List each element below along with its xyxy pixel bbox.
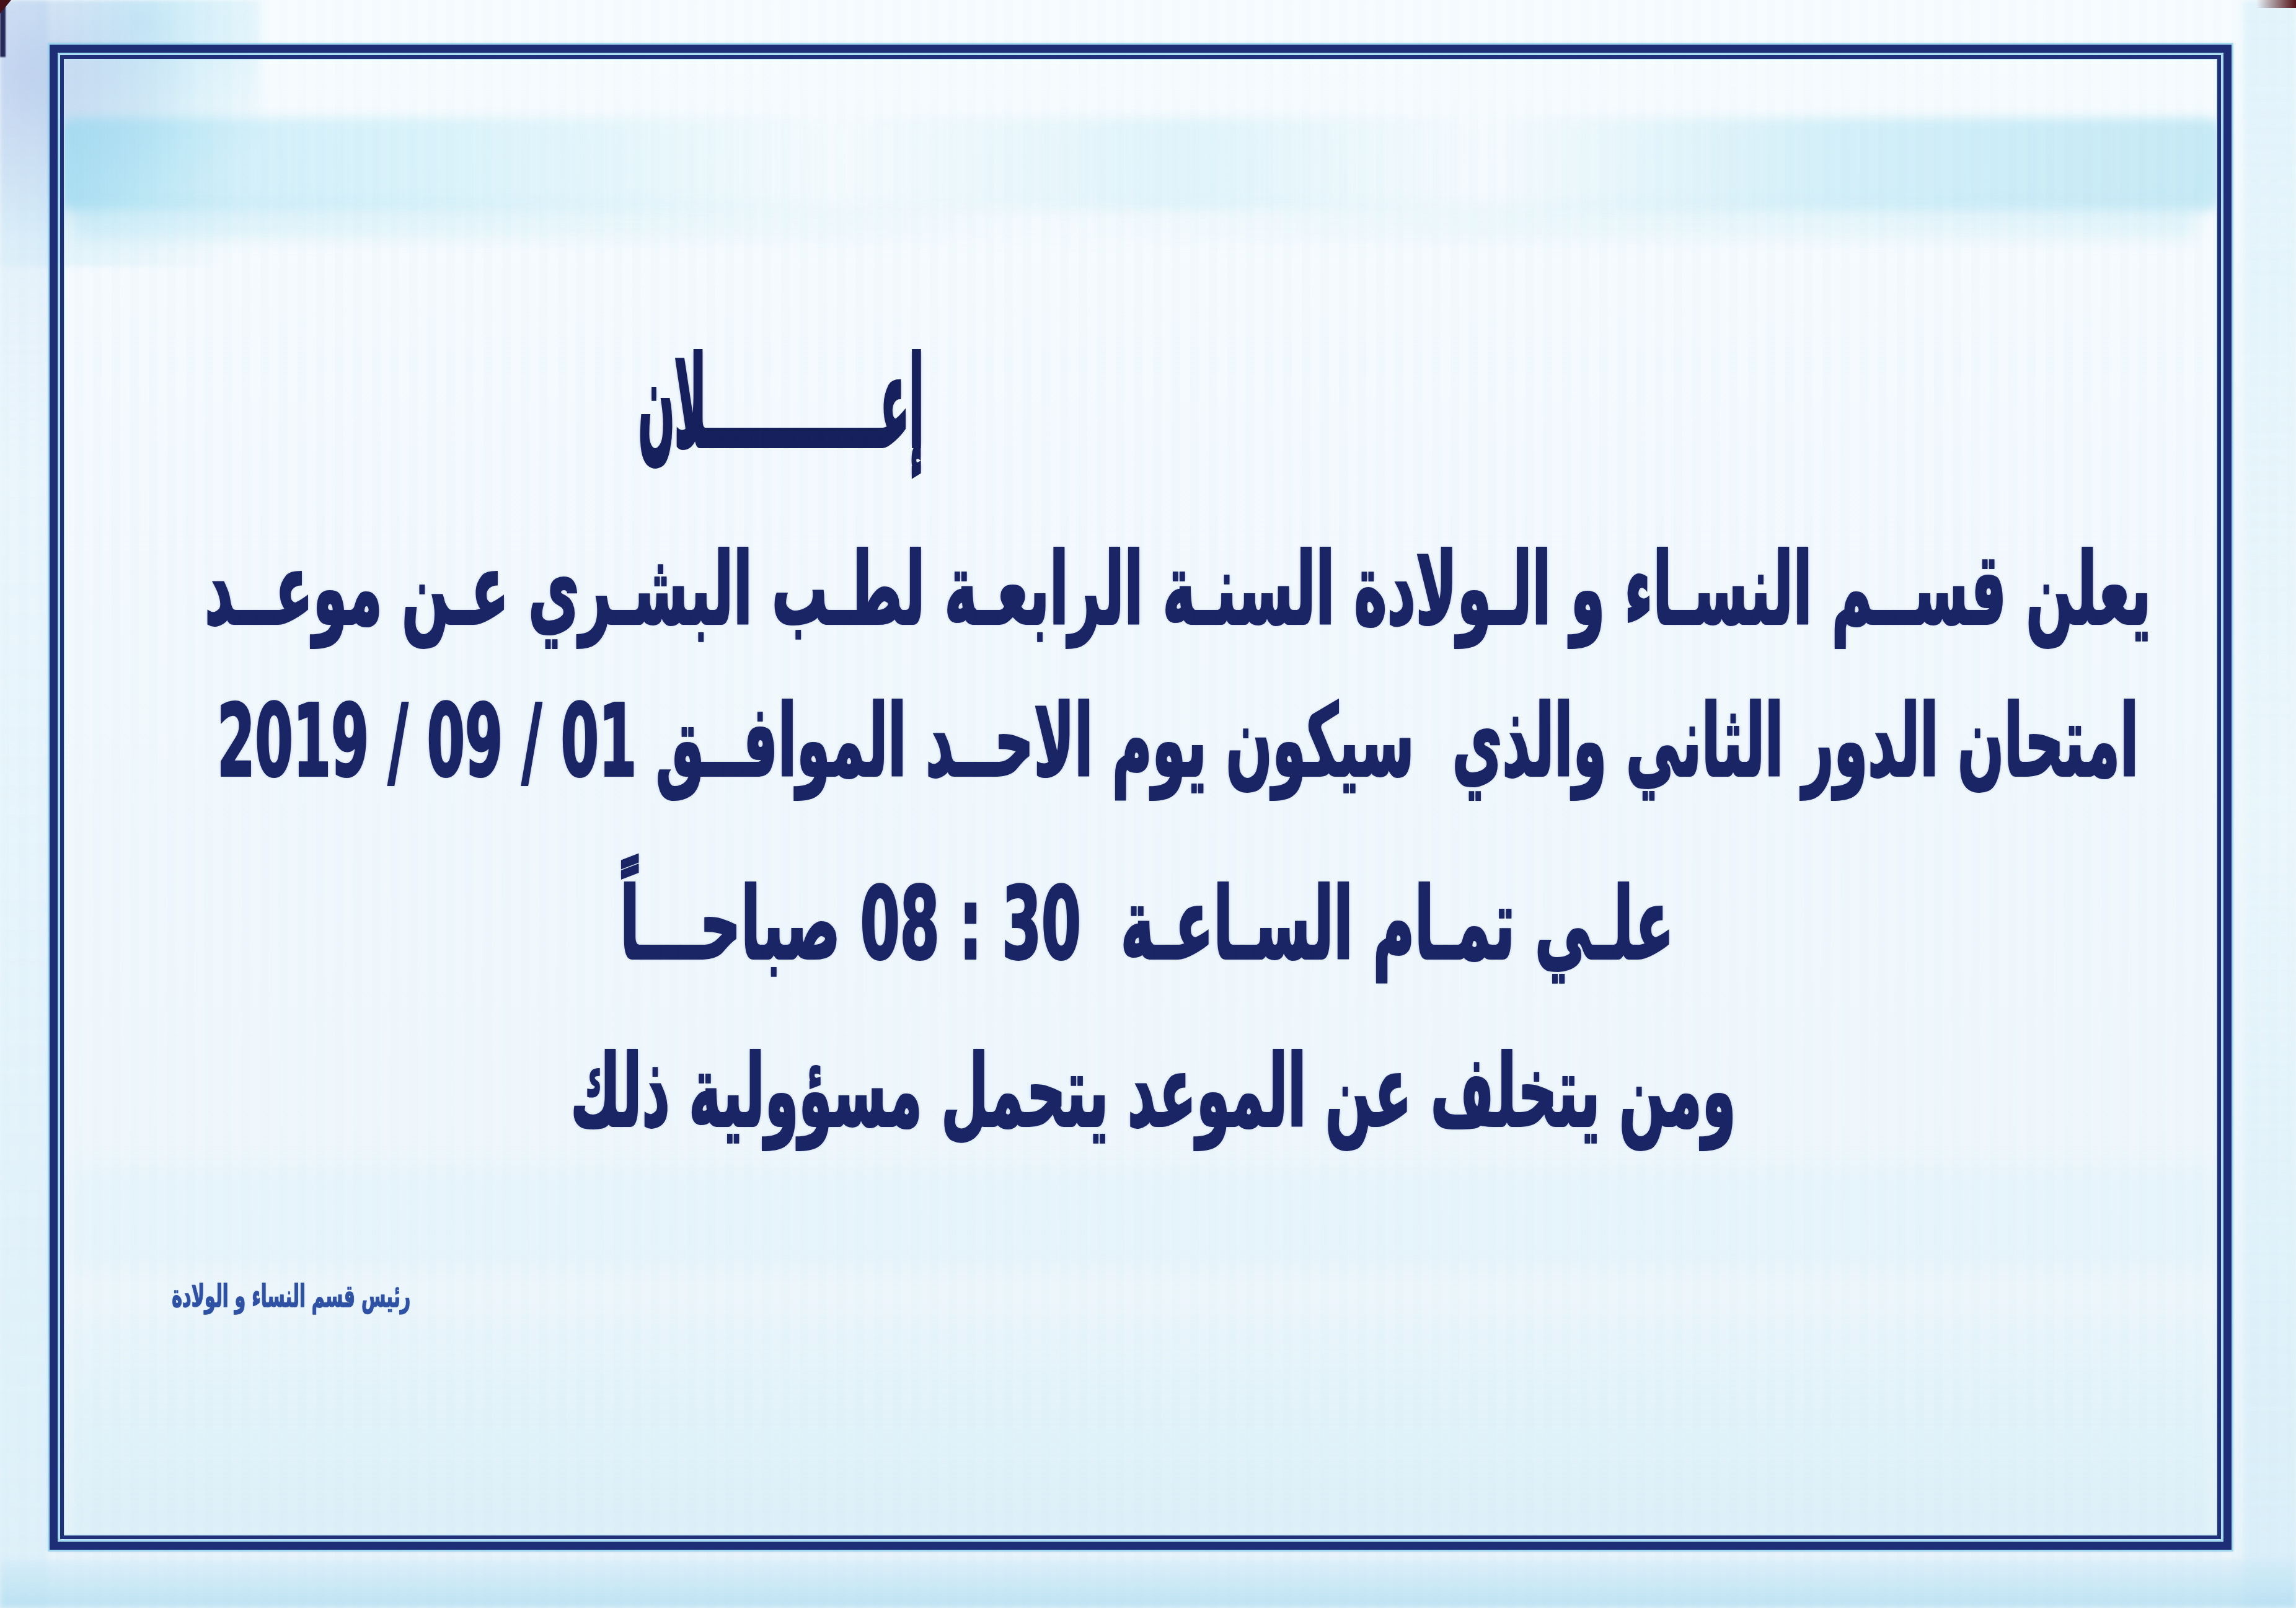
body-line-4-text: ومن يتخلف عن الموعد يتحمل مسؤولية ذلك [570,1033,1736,1149]
body-line-announcing-department: يعلن قســم النسـاء و الـولادة السنـة الر… [124,518,2232,660]
body-line-1-text: يعلن قســم النسـاء و الـولادة السنـة الر… [205,531,2151,647]
scanner-edge-sliver [0,0,6,57]
scan-edge-left-tint [0,0,48,1608]
announcement-title-row: إعــــــــــــلان [632,307,930,499]
body-line-exam-time: علـي تمـام السـاعـة 30 : 08 صباحـــاً [558,852,1736,995]
signature-department-head: رئيس قسم النساء و الولادة [172,1278,411,1314]
body-line-3-text: علـي تمـام السـاعـة 30 : 08 صباحـــاً [620,866,1674,982]
announcement-title: إعــــــــــــلان [638,331,924,475]
scan-edge-right-tint [2243,0,2296,1608]
scan-edge-bottom-tint [0,1560,2296,1608]
scanned-page: إعــــــــــــلان يعلن قســم النسـاء و ا… [0,0,2296,1608]
body-line-2-text: امتحان الدور الثاني والذي سيكون يوم الاح… [217,683,2139,799]
scanner-corner-mark-top-left [0,0,11,14]
body-line-responsibility-warning: ومن يتخلف عن الموعد يتحمل مسؤولية ذلك [545,1020,1760,1162]
body-line-exam-date: امتحان الدور الثاني والذي سيكون يوم الاح… [124,669,2232,812]
scanner-corner-mark-top-right [2256,0,2296,8]
signature-row: رئيس قسم النساء و الولادة [167,1261,415,1331]
